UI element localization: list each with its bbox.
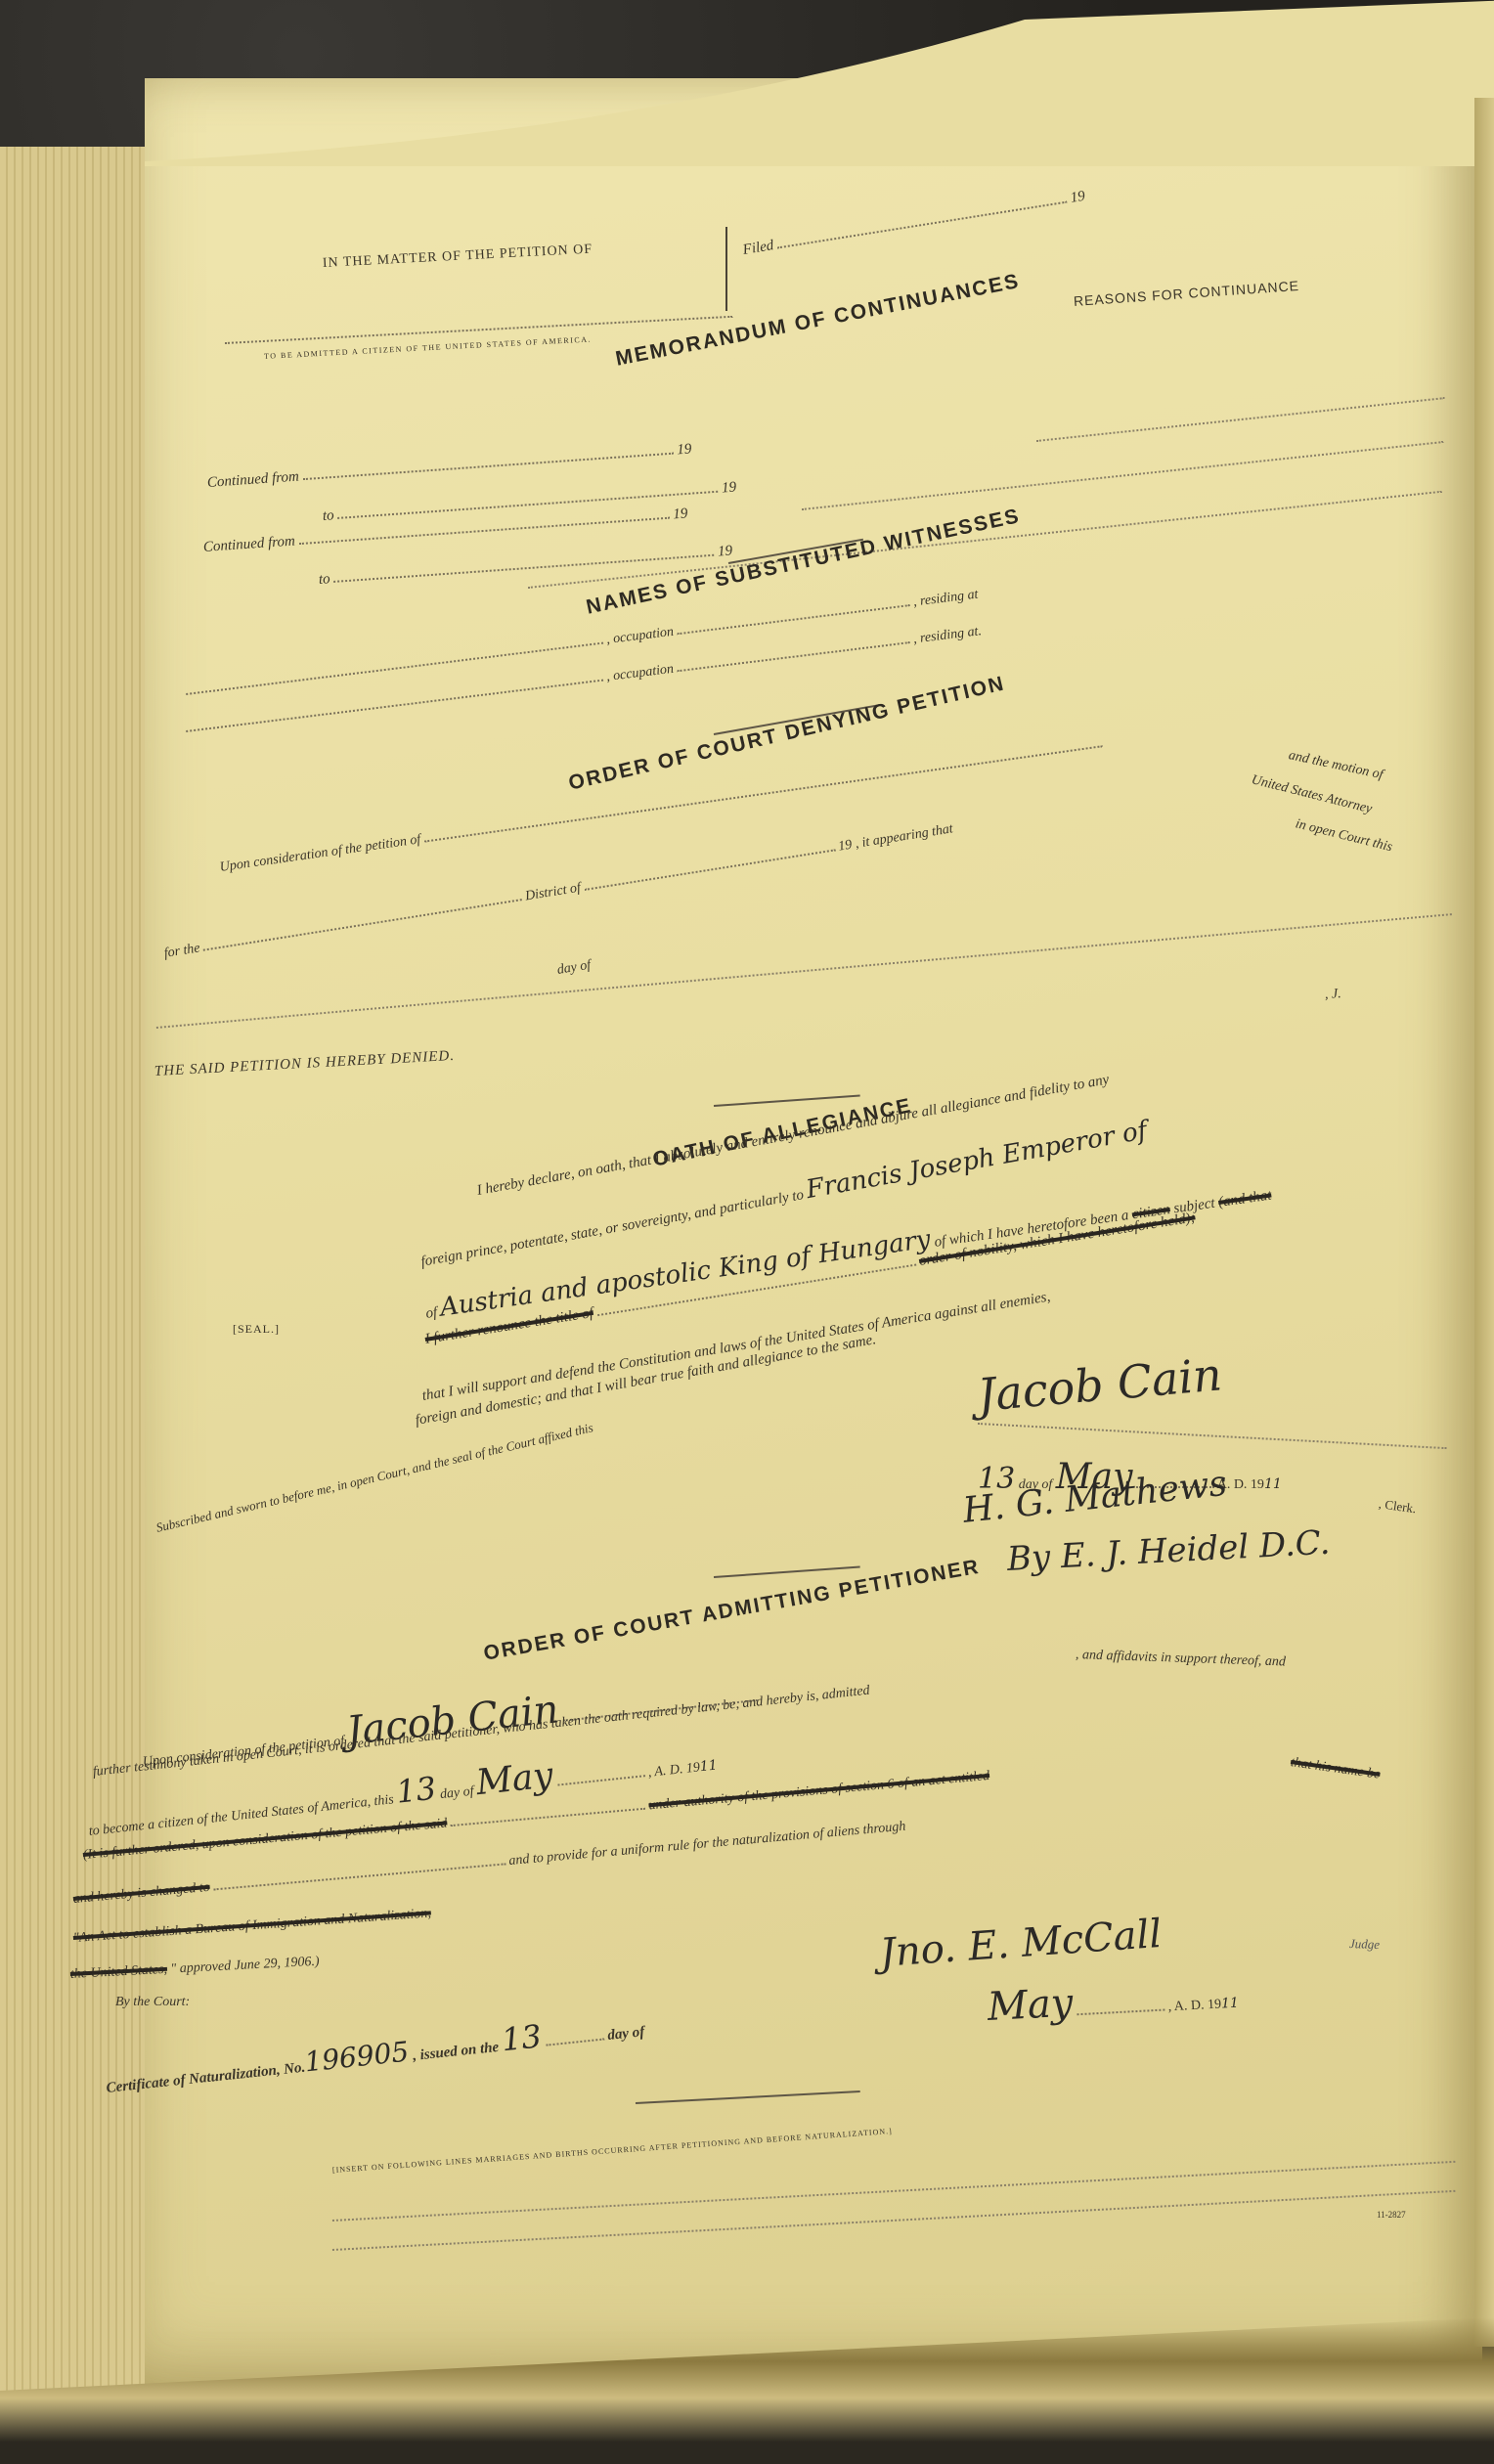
issued-day: 13 [500, 2017, 543, 2058]
to-label: to [322, 507, 334, 524]
year-prefix: 19 [722, 479, 737, 496]
bracket-divider [725, 227, 727, 311]
admit-year: 11 [699, 1757, 718, 1775]
day-of-label: day of [439, 1784, 474, 1803]
sworn-year: 11 [1264, 1476, 1282, 1492]
admit-day: 13 [394, 1770, 437, 1811]
issued-year: 11 [1221, 1996, 1240, 2012]
seal-label: [SEAL.] [233, 1322, 280, 1337]
year-prefix: 19 [718, 543, 733, 559]
to-label: to [318, 571, 330, 588]
day-blank [546, 2037, 604, 2046]
filed-year: 19 [1070, 189, 1086, 206]
ad-label: , A. D. 19 [1167, 1997, 1221, 2014]
by-the-court-label: By the Court: [115, 1995, 190, 2010]
book-right-edge [1474, 98, 1494, 2347]
judge-suffix: , J. [1325, 987, 1342, 1003]
struck-and-that: (and that [1217, 1188, 1272, 1210]
day-of-label: day of [607, 2024, 645, 2044]
year-prefix: 19 [837, 838, 853, 855]
judge-label: Judge [1349, 1936, 1381, 1953]
month-blank [1077, 2008, 1164, 2016]
issued-month: May [987, 1980, 1075, 2030]
of-text: of [424, 1304, 438, 1321]
form-number: 11-2827 [1377, 2210, 1406, 2220]
month-blank [557, 1774, 645, 1785]
year-prefix: 19 [677, 441, 692, 458]
admit-month: May [474, 1755, 555, 1803]
year-prefix: 19 [673, 506, 688, 522]
ad-label: , A. D. 19 [647, 1760, 701, 1781]
